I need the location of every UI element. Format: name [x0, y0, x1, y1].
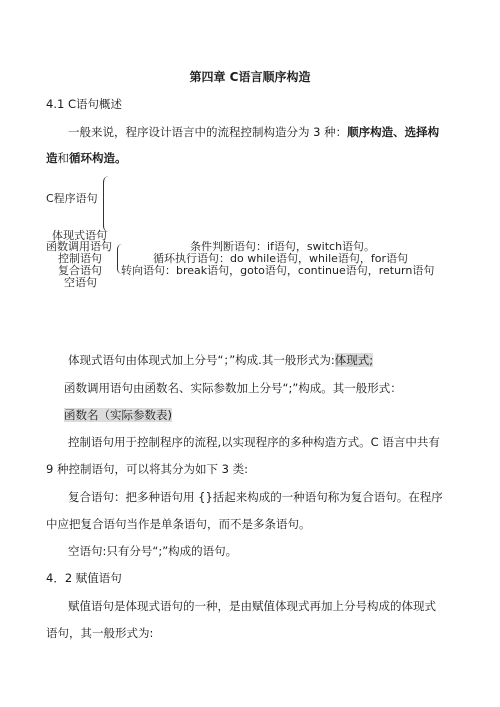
chapter-title: 第四章 C语言顺序构造	[0, 68, 500, 85]
compound-line-1: 复合语句：把多种语句用 {}括起来构成的一种语句称为复合语句。在程序	[68, 489, 443, 505]
diagram-root: C程序语句	[46, 193, 98, 205]
intro-bold-a: 造	[46, 151, 58, 165]
intro-and: 和	[58, 151, 70, 165]
diagram-child-empty: 空语句	[64, 277, 97, 289]
intro-line-1: 一般来说，程序设计语言中的流程控制构造分为 3 种：顺序构造、选择构	[68, 124, 439, 140]
assign-line-2: 语句，其一般形式为:	[46, 625, 153, 641]
intro-text: 一般来说，程序设计语言中的流程控制构造分为 3 种：	[68, 125, 347, 139]
compound-line-2: 中应把复合语句当作是单条语句，而不是多条语句。	[46, 516, 311, 532]
brace-icon	[103, 176, 110, 232]
expr-stmt-text: 体现式语句由体现式加上分号“；”构成.其一般形式为:	[68, 353, 335, 367]
func-call-paragraph: 函数调用语句由函数名、实际参数加上分号“;”构成。其一般形式：	[64, 380, 402, 396]
intro-line-2: 造和循环构造。	[46, 150, 127, 166]
expr-stmt-paragraph: 体现式语句由体现式加上分号“；”构成.其一般形式为:体现式;	[68, 352, 373, 368]
expr-stmt-form: 体现式;	[335, 353, 373, 367]
func-call-form: 函数名（实际参数表)	[64, 407, 172, 423]
func-call-form-text: 函数名（实际参数表)	[64, 408, 172, 422]
control-line-1: 控制语句用于控制程序的流程,以实现程序的多种构造方式。C 语言中共有	[68, 434, 440, 450]
empty-stmt-paragraph: 空语句:只有分号“;”构成的语句。	[68, 543, 237, 559]
control-line-2: 9 种控制语句，可以将其分为如下 3 类:	[46, 461, 248, 477]
assign-line-1: 赋值语句是体现式语句的一种，是由赋值体现式再加上分号构成的体现式	[68, 598, 436, 614]
section-heading-4-2: 4．2 赋值语句	[46, 570, 122, 586]
intro-bold-b: 循环构造。	[69, 151, 127, 165]
section-heading-4-1: 4.1 C语句概述	[46, 96, 122, 112]
intro-bold-structures: 顺序构造、选择构	[347, 125, 439, 139]
control-child-jump: 转向语句：break语句，goto语句，continue语句，return语句	[121, 265, 434, 277]
